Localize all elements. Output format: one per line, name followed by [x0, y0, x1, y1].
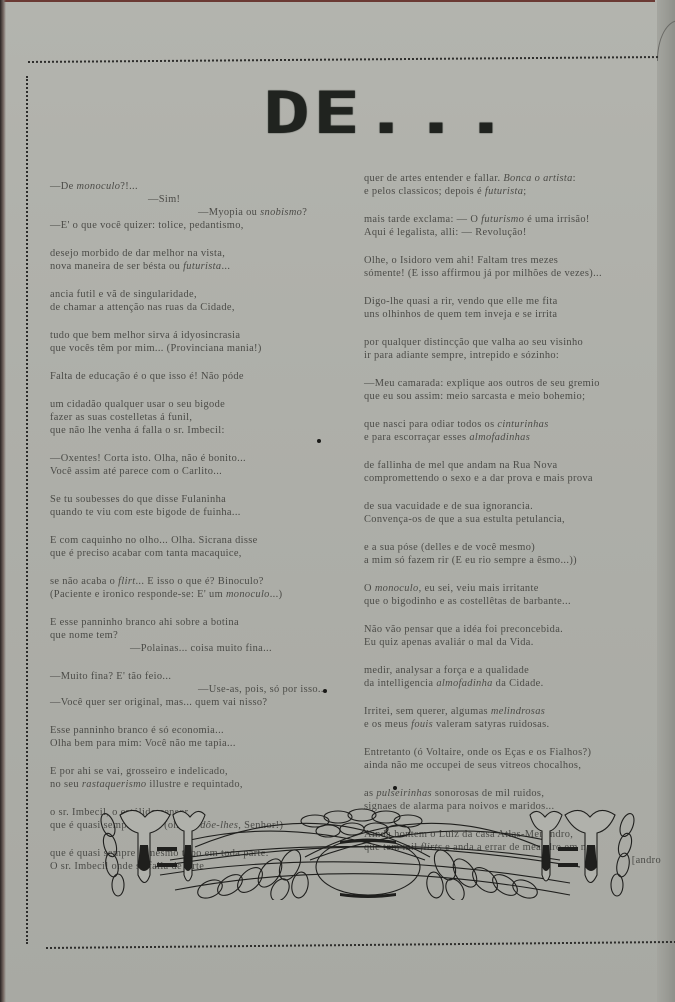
- poem-line: medir, analysar a força e a qualidade: [364, 664, 669, 677]
- poem-line: —De monoculo?!...: [50, 180, 350, 193]
- poem-line: Olhe, o Isidoro vem ahi! Faltam tres mez…: [364, 254, 669, 267]
- poem-line: —E' o que você quizer: tolice, pedantism…: [50, 219, 350, 232]
- poem-line: ir para adiante sempre, intrepido e sózi…: [364, 349, 669, 362]
- poem-line: as pulseirinhas sonorosas de mil ruidos,: [364, 787, 669, 800]
- poem-line: de fallinha de mel que andam na Rua Nova: [364, 459, 669, 472]
- poem-line: —Oxentes! Corta isto. Olha, não é bonito…: [50, 452, 350, 465]
- poem-stanza: Esse panninho branco é só economia...Olh…: [50, 724, 350, 750]
- poem-line: Esse panninho branco é só economia...: [50, 724, 350, 737]
- poem-stanza: Irritei, sem querer, algumas melindrosas…: [364, 705, 669, 731]
- poem-stanza: mais tarde exclama: — O futurismo é uma …: [364, 213, 669, 239]
- poem-line: Aqui é legalista, alli: — Revolução!: [364, 226, 669, 239]
- poem-stanza: O monoculo, eu sei, veiu mais irritanteq…: [364, 582, 669, 608]
- poem-line: que não lhe venha á falla o sr. Imbecil:: [50, 424, 350, 437]
- poem-stanza: E com caquinho no olho... Olha. Sicrana …: [50, 534, 350, 560]
- poem-line: ancia futil e vã de singularidade,: [50, 288, 350, 301]
- poem-line: Você assim até parece com o Carlito...: [50, 465, 350, 478]
- poem-line: quer de artes entender e fallar. Bonca o…: [364, 172, 669, 185]
- poem-line: de sua vacuidade e de sua ignorancia.: [364, 500, 669, 513]
- poem-line: ainda não me occupei de seus vitreos cho…: [364, 759, 669, 772]
- poem-line: —Myopia ou snobismo?: [50, 206, 350, 219]
- poem-left-column: —De monoculo?!...—Sim!—Myopia ou snobism…: [50, 180, 350, 888]
- poem-line: que vocês têm por mim... (Provinciana ma…: [50, 342, 350, 355]
- poem-line: Entretanto (ó Voltaire, onde os Eças e o…: [364, 746, 669, 759]
- poem-stanza: —De monoculo?!...—Sim!—Myopia ou snobism…: [50, 180, 350, 232]
- dotted-frame-bottom: [46, 941, 675, 949]
- poem-stanza: Falta de educação é o que isso é! Não pó…: [50, 370, 350, 383]
- ink-speck: [323, 689, 327, 693]
- poem-line: tudo que bem melhor sirva á idyosincrasi…: [50, 329, 350, 342]
- poem-line: O monoculo, eu sei, veiu mais irritante: [364, 582, 669, 595]
- poem-line: E por ahi se vai, grosseiro e indelicado…: [50, 765, 350, 778]
- floral-ornament-icon: [100, 805, 635, 900]
- poem-stanza: E esse panninho branco ahi sobre a botin…: [50, 616, 350, 655]
- poem-line: Se tu soubesses do que disse Fulaninha: [50, 493, 350, 506]
- poem-stanza: de sua vacuidade e de sua ignorancia.Con…: [364, 500, 669, 526]
- ink-speck: [317, 439, 321, 443]
- poem-line: Convença-os de que a sua estulta petulan…: [364, 513, 669, 526]
- poem-line: que é preciso acabar com tanta macaquice…: [50, 547, 350, 560]
- poem-line: —Sim!: [50, 193, 350, 206]
- poem-stanza: quer de artes entender e fallar. Bonca o…: [364, 172, 669, 198]
- poem-line: —Polainas... coisa muito fina...: [50, 642, 350, 655]
- poem-right-column: quer de artes entender e fallar. Bonca o…: [364, 172, 669, 882]
- poem-stanza: ancia futil e vã de singularidade,de cha…: [50, 288, 350, 314]
- poem-line: nova maneira de ser bésta ou futurista..…: [50, 260, 350, 273]
- poem-stanza: Digo-lhe quasi a rir, vendo que elle me …: [364, 295, 669, 321]
- poem-stanza: E por ahi se vai, grosseiro e indelicado…: [50, 765, 350, 791]
- poem-line: Digo-lhe quasi a rir, vendo que elle me …: [364, 295, 669, 308]
- poem-line: Falta de educação é o que isso é! Não pó…: [50, 370, 350, 383]
- poem-line: da intelligencia almofadinha da Cidade.: [364, 677, 669, 690]
- poem-stanza: Se tu soubesses do que disse Fulaninhaqu…: [50, 493, 350, 519]
- page-left-edge: [0, 0, 6, 1002]
- poem-stanza: —Muito fina? E' tão feio...—Use-as, pois…: [50, 670, 350, 709]
- poem-stanza: medir, analysar a força e a qualidadeda …: [364, 664, 669, 690]
- poem-line: se não acaba o flirt... E isso o que é? …: [50, 575, 350, 588]
- poem-stanza: se não acaba o flirt... E isso o que é? …: [50, 575, 350, 601]
- poem-stanza: e a sua póse (delles e de você mesmo)a m…: [364, 541, 669, 567]
- poem-line: Não vão pensar que a idéa foi preconcebi…: [364, 623, 669, 636]
- poem-stanza: que nasci para odiar todos os cinturinha…: [364, 418, 669, 444]
- poem-line: e a sua póse (delles e de você mesmo): [364, 541, 669, 554]
- poem-line: que o bigodinho e as costellêtas de barb…: [364, 595, 669, 608]
- poem-line: sómente! (E isso affirmou já por milhões…: [364, 267, 669, 280]
- page-top-edge: [0, 0, 655, 2]
- poem-line: desejo morbido de dar melhor na vista,: [50, 247, 350, 260]
- dotted-frame-top: [28, 56, 658, 63]
- poem-line: e os meus fouis valeram satyras ruidosas…: [364, 718, 669, 731]
- poem-line: compromettendo o sexo e a dar prova e ma…: [364, 472, 669, 485]
- poem-stanza: um cidadão qualquer usar o seu bigodefaz…: [50, 398, 350, 437]
- poem-line: quando te viu com este bigode de fuinha.…: [50, 506, 350, 519]
- poem-line: Olha bem para mim: Você não me tapia...: [50, 737, 350, 750]
- poem-line: que nasci para odiar todos os cinturinha…: [364, 418, 669, 431]
- poem-stanza: desejo morbido de dar melhor na vista,no…: [50, 247, 350, 273]
- poem-line: no seu rastaquerismo illustre e requinta…: [50, 778, 350, 791]
- poem-line: Irritei, sem querer, algumas melindrosas: [364, 705, 669, 718]
- poem-line: mais tarde exclama: — O futurismo é uma …: [364, 213, 669, 226]
- poem-line: de chamar a attenção nas ruas da Cidade,: [50, 301, 350, 314]
- poem-stanza: de fallinha de mel que andam na Rua Nova…: [364, 459, 669, 485]
- poem-line: (Paciente e ironico responde-se: E' um m…: [50, 588, 350, 601]
- poem-line: E com caquinho no olho... Olha. Sicrana …: [50, 534, 350, 547]
- poem-line: uns olhinhos de quem tem inveja e se irr…: [364, 308, 669, 321]
- poem-line: Eu quiz apenas avaliár o mal da Vida.: [364, 636, 669, 649]
- poem-stanza: Entretanto (ó Voltaire, onde os Eças e o…: [364, 746, 669, 772]
- poem-stanza: tudo que bem melhor sirva á idyosincrasi…: [50, 329, 350, 355]
- poem-stanza: Olhe, o Isidoro vem ahi! Faltam tres mez…: [364, 254, 669, 280]
- poem-line: e para escorraçar esses almofadinhas: [364, 431, 669, 444]
- page-title: DE...: [263, 84, 512, 142]
- poem-line: que nome tem?: [50, 629, 350, 642]
- poem-line: a mim só fazem rir (E eu rio sempre a ês…: [364, 554, 669, 567]
- poem-stanza: —Oxentes! Corta isto. Olha, não é bonito…: [50, 452, 350, 478]
- poem-line: —Use-as, pois, só por isso...: [50, 683, 350, 696]
- poem-line: um cidadão qualquer usar o seu bigode: [50, 398, 350, 411]
- poem-line: —Você quer ser original, mas... quem vai…: [50, 696, 350, 709]
- ink-speck: [393, 786, 397, 790]
- poem-line: —Muito fina? E' tão feio...: [50, 670, 350, 683]
- poem-line: por qualquer distincção que valha ao seu…: [364, 336, 669, 349]
- poem-line: que eu sou assim: meio sarcasta e meio b…: [364, 390, 669, 403]
- poem-stanza: Não vão pensar que a idéa foi preconcebi…: [364, 623, 669, 649]
- poem-line: E esse panninho branco ahi sobre a botin…: [50, 616, 350, 629]
- poem-stanza: —Meu camarada: explique aos outros de se…: [364, 377, 669, 403]
- dotted-frame-left: [26, 76, 28, 944]
- poem-line: —Meu camarada: explique aos outros de se…: [364, 377, 669, 390]
- poem-line: e pelos classicos; depois é futurista;: [364, 185, 669, 198]
- magazine-page: DE... —De monoculo?!...—Sim!—Myopia ou s…: [0, 0, 675, 1002]
- poem-stanza: por qualquer distincção que valha ao seu…: [364, 336, 669, 362]
- poem-line: fazer as suas costelletas á funil,: [50, 411, 350, 424]
